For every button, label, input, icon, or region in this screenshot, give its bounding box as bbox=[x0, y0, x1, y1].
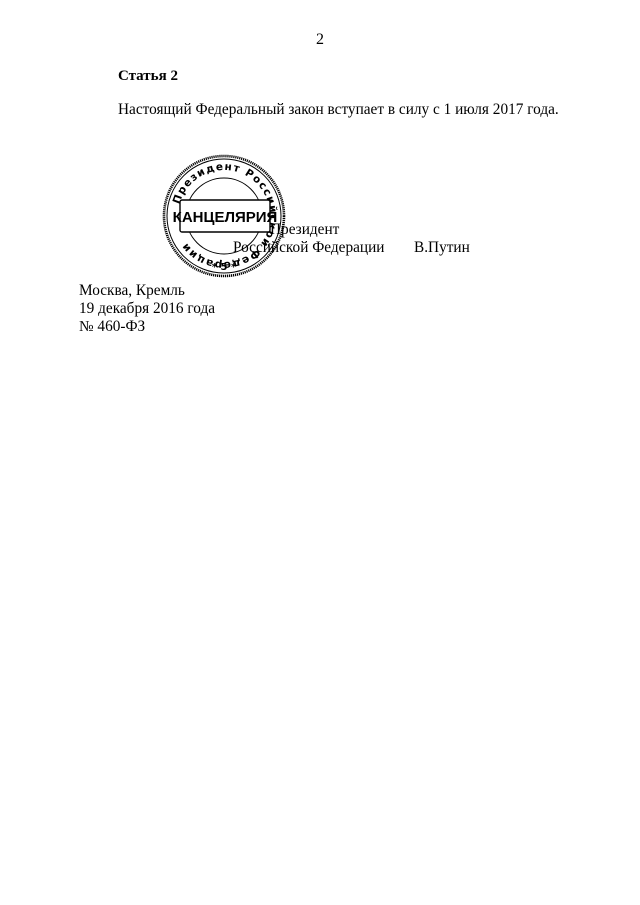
signing-place: Москва, Кремль bbox=[79, 283, 185, 298]
signing-date: 19 декабря 2016 года bbox=[79, 301, 215, 316]
article-body: Настоящий Федеральный закон вступает в с… bbox=[118, 102, 559, 117]
official-seal-icon: Президент Российской Федерации КАНЦЕЛЯРИ… bbox=[160, 152, 288, 280]
law-number: № 460-ФЗ bbox=[79, 319, 145, 334]
signatory-name: В.Путин bbox=[414, 240, 470, 255]
article-title: Статья 2 bbox=[118, 69, 178, 84]
signature-title-line-2: Российской Федерации bbox=[233, 240, 384, 255]
stamp-center-text: КАНЦЕЛЯРИЯ bbox=[173, 209, 278, 226]
page-number: 2 bbox=[0, 32, 640, 48]
signature-title-line-1: Президент bbox=[270, 222, 339, 237]
stamp-number-text: * 5 * bbox=[212, 262, 237, 273]
